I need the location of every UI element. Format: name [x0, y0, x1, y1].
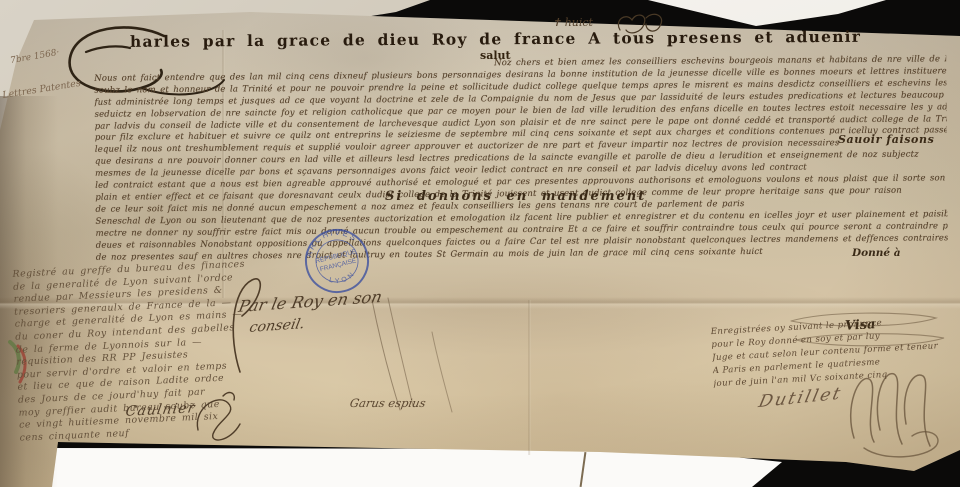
photo-backdrop: ✝ huict 7bre 1568· Lettres Patentes harl… — [0, 0, 960, 487]
pen-stroke-flourishes — [366, 296, 462, 418]
signature-right-paraph — [834, 362, 956, 474]
svg-text:LYON: LYON — [326, 269, 359, 288]
donne-a-phrase: Donné à — [852, 247, 901, 259]
stamp-arc-bottom: LYON — [326, 269, 359, 288]
manuscript-body: Noz chers et bien amez les conseilliers … — [94, 54, 948, 264]
signature-left-paraph — [188, 388, 250, 446]
vertical-crease — [528, 300, 531, 455]
si-donnons-phrase: Si donnons en mandement — [385, 189, 646, 204]
archival-top-note: ✝ huict — [552, 16, 593, 29]
savoir-faisons-phrase: Sauoir faisons — [838, 133, 934, 146]
flat-loop-flourish — [786, 306, 954, 354]
